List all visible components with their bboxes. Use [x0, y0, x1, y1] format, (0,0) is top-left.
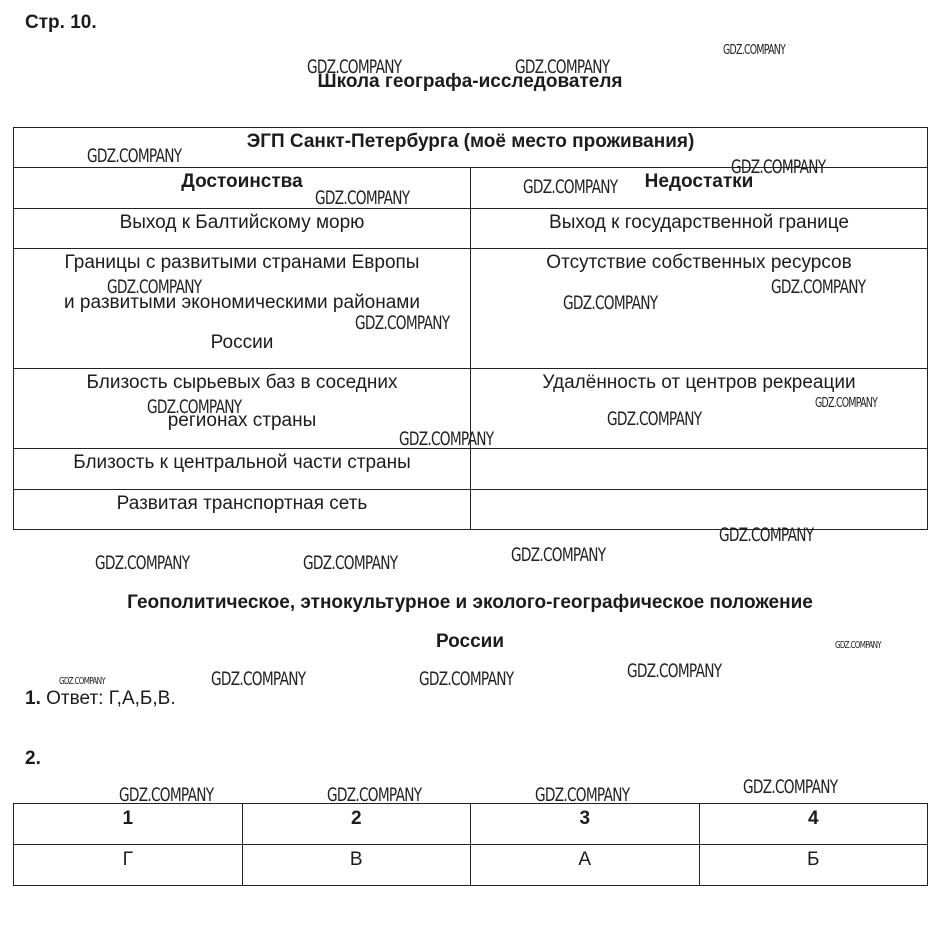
watermark: GDZ.COMPANY: [607, 408, 701, 430]
task1-answer: 1. Ответ: Г,А,Б,В.: [25, 688, 176, 710]
pros-cell: Границы с развитыми странами Европы и ра…: [14, 249, 471, 369]
watermark: GDZ.COMPANY: [535, 784, 629, 806]
watermark: GDZ.COMPANY: [815, 396, 877, 411]
watermark: GDZ.COMPANY: [627, 660, 721, 682]
watermark: GDZ.COMPANY: [327, 784, 421, 806]
watermark: GDZ.COMPANY: [211, 668, 305, 690]
watermark: GDZ.COMPANY: [743, 776, 837, 798]
watermark: GDZ.COMPANY: [355, 312, 449, 334]
watermark: GDZ.COMPANY: [87, 145, 181, 167]
watermark: GDZ.COMPANY: [307, 56, 401, 78]
watermark: GDZ.COMPANY: [303, 552, 397, 574]
watermark: GDZ.COMPANY: [835, 640, 881, 651]
page-label: Стр. 10.: [25, 12, 97, 34]
match-header: 1: [14, 804, 243, 845]
watermark: GDZ.COMPANY: [315, 187, 409, 209]
pros-line: Близость сырьевых баз в соседних: [14, 373, 470, 393]
watermark: GDZ.COMPANY: [147, 396, 241, 418]
watermark: GDZ.COMPANY: [511, 544, 605, 566]
match-value: Б: [699, 845, 928, 886]
watermark: GDZ.COMPANY: [119, 784, 213, 806]
egp-table: ЭГП Санкт-Петербурга (моё место проживан…: [13, 127, 928, 530]
pros-line: Границы с развитыми странами Европы: [14, 253, 470, 273]
section-title-school: Школа географа-исследователя: [0, 71, 940, 93]
cons-cell: Отсутствие собственных ресурсов: [471, 249, 928, 369]
watermark: GDZ.COMPANY: [95, 552, 189, 574]
watermark: GDZ.COMPANY: [723, 43, 785, 58]
match-value: В: [242, 845, 471, 886]
watermark: GDZ.COMPANY: [563, 292, 657, 314]
pros-cell: Близость к центральной части страны: [14, 449, 471, 490]
watermark: GDZ.COMPANY: [399, 428, 493, 450]
cons-cell: [471, 449, 928, 490]
match-value: А: [471, 845, 700, 886]
task2-number: 2.: [25, 748, 41, 770]
watermark: GDZ.COMPANY: [107, 276, 201, 298]
match-table: 1 2 3 4 Г В А Б: [13, 803, 928, 886]
section-title-russia: России: [0, 631, 940, 653]
match-header: 4: [699, 804, 928, 845]
section-title-geopolitics: Геополитическое, этнокультурное и эколог…: [0, 592, 940, 614]
pros-cell: Выход к Балтийскому морю: [14, 209, 471, 249]
watermark: GDZ.COMPANY: [59, 676, 105, 687]
match-header: 2: [242, 804, 471, 845]
match-header: 3: [471, 804, 700, 845]
watermark: GDZ.COMPANY: [719, 524, 813, 546]
match-value: Г: [14, 845, 243, 886]
watermark: GDZ.COMPANY: [771, 276, 865, 298]
pros-line: России: [14, 333, 470, 353]
pros-cell: Развитая транспортная сеть: [14, 490, 471, 530]
cons-cell: Выход к государственной границе: [471, 209, 928, 249]
task1-text: Ответ: Г,А,Б,В.: [46, 688, 175, 709]
watermark: GDZ.COMPANY: [523, 176, 617, 198]
task1-number: 1.: [25, 688, 41, 709]
watermark: GDZ.COMPANY: [731, 156, 825, 178]
cons-cell: [471, 490, 928, 530]
pros-line: и развитыми экономическими районами: [14, 293, 470, 313]
watermark: GDZ.COMPANY: [419, 668, 513, 690]
watermark: GDZ.COMPANY: [515, 56, 609, 78]
